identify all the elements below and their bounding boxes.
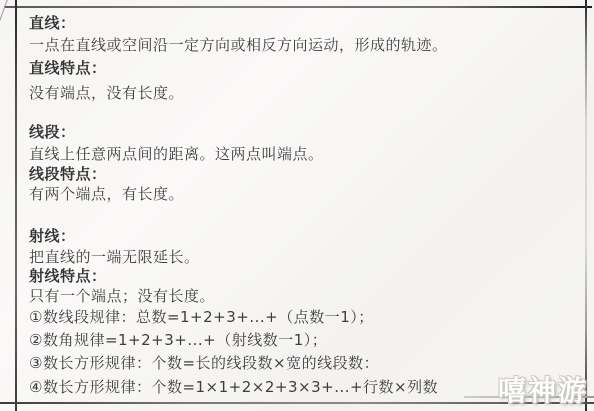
section-line-definition: 一点在直线或空间沿一定方向或相反方向运动，形成的轨迹。 <box>29 35 572 55</box>
section-ray-title: 射线： <box>29 226 572 246</box>
section-line-feature-title: 直线特点： <box>29 58 572 78</box>
section-segment-feature: 有两个端点，有长度。 <box>29 184 572 204</box>
frame-left-border <box>15 0 17 411</box>
frame-top-border <box>4 6 592 8</box>
section-line-title: 直线： <box>29 13 572 33</box>
frame-right-border <box>585 0 587 411</box>
section-line-feature: 没有端点，没有长度。 <box>29 83 572 103</box>
rule-count-segments: ①数线段规律：总数=1+2+3+...+（点数一1）； <box>29 307 572 327</box>
rule-count-angles: ②数角规律=1+2+3+...+（射线数一1）； <box>29 330 572 350</box>
frame-corner-mark <box>0 0 9 29</box>
watermark-text: 嘻神游 <box>498 369 588 409</box>
section-segment-definition: 直线上任意两点间的距离。这两点叫端点。 <box>29 144 572 164</box>
section-ray-definition: 把直线的一端无限延长。 <box>29 247 572 267</box>
section-ray-feature: 只有一个端点；没有长度。 <box>29 286 572 306</box>
section-segment-feature-title: 线段特点： <box>29 164 572 184</box>
rule-count-rectangles: ③数长方形规律：个数=长的线段数×宽的线段数： <box>29 353 572 373</box>
section-ray-feature-title: 射线特点： <box>29 266 572 286</box>
rule-count-squares: ④数长方形规律：个数=1×1+2×2+3×3+...+行数×列数 <box>29 377 572 397</box>
note-page: 直线： 一点在直线或空间沿一定方向或相反方向运动，形成的轨迹。 直线特点： 没有… <box>0 0 594 411</box>
section-segment-title: 线段： <box>29 122 572 142</box>
